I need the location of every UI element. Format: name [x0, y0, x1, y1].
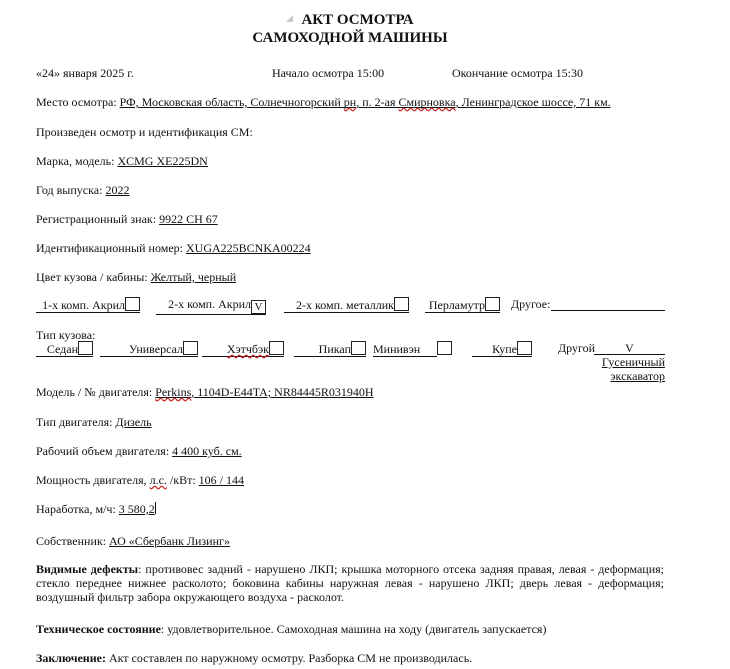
displacement-value[interactable]: 4 400 куб. см. [172, 444, 242, 458]
inspection-date: «24» января 2025 г. [36, 66, 134, 80]
reg-plate-label: Регистрационный знак: [36, 212, 159, 226]
body-type-wagon[interactable]: Универсал [100, 341, 198, 357]
checkbox[interactable] [183, 341, 198, 355]
body-type-sedan[interactable]: Седан [36, 341, 93, 357]
brand-line: Марка, модель: XCMG XE225DN [36, 154, 208, 168]
body-type-other-mark[interactable]: V [594, 341, 665, 355]
paint-option-label: 2-х комп. Акрил [168, 297, 251, 311]
spellcheck-mark: Смирновка [398, 95, 455, 109]
paint-option-2k-metallic[interactable]: 2-х комп. металлик [284, 297, 409, 313]
body-type-other-value-2[interactable]: экскаватор [610, 369, 665, 383]
body-type-option-label: Минивэн [373, 342, 437, 357]
paint-option-label: 2-х комп. металлик [296, 298, 394, 312]
vin-label: Идентификационный номер: [36, 241, 186, 255]
owner-label: Собственник: [36, 534, 109, 548]
location-label: Место осмотра: [36, 95, 120, 109]
engine-type-label: Тип двигателя: [36, 415, 115, 429]
paint-other-label: Другое: [511, 297, 550, 311]
checkbox[interactable] [485, 297, 500, 311]
year-value[interactable]: 2022 [105, 183, 129, 197]
vin-value[interactable]: XUGA225BCNKA00224 [186, 241, 311, 255]
body-type-option-label: Хэтчбэк [227, 342, 269, 356]
paint-other-field[interactable] [551, 297, 665, 311]
conclusion-text: Акт составлен по наружному осмотру. Разб… [106, 651, 472, 665]
paint-option-1k-acrylic[interactable]: 1-х комп. Акрил [36, 297, 140, 313]
paint-option-2k-acrylic[interactable]: 2-х комп. АкрилV [156, 297, 266, 315]
checkbox[interactable] [517, 341, 532, 355]
body-type-minivan[interactable]: Минивэн [373, 341, 452, 357]
defects-label: Видимые дефекты [36, 562, 138, 576]
defects-paragraph: Видимые дефекты: противовес задний - нар… [36, 562, 664, 604]
paint-option-pearl[interactable]: Перламутр [425, 297, 500, 313]
title-text-1: АКТ ОСМОТРА [301, 12, 413, 28]
tech-state-text: : удовлетворительное. Самоходная машина … [161, 622, 547, 636]
owner-line: Собственник: АО «Сбербанк Лизинг» [36, 534, 230, 548]
tech-state-label: Техническое состояние [36, 622, 161, 636]
power-label: Мощность двигателя, [36, 473, 150, 487]
owner-value[interactable]: АО «Сбербанк Лизинг» [109, 534, 230, 548]
body-type-hatchback[interactable]: Хэтчбэк [202, 341, 284, 357]
table-anchor-icon[interactable] [286, 15, 293, 22]
vin-line: Идентификационный номер: XUGA225BCNKA002… [36, 241, 311, 255]
hours-line: Наработка, м/ч: 3 580,2 [36, 502, 156, 516]
conclusion-line: Заключение: Акт составлен по наружному о… [36, 651, 472, 665]
document-title-line2: САМОХОДНОЙ МАШИНЫ [0, 30, 700, 47]
power-value[interactable]: 106 / 144 [199, 473, 244, 487]
checkbox[interactable] [78, 341, 93, 355]
spellcheck-mark: л.с. [150, 473, 167, 487]
year-label: Год выпуска: [36, 183, 105, 197]
text-cursor [155, 502, 156, 514]
reg-plate-value[interactable]: 9922 СН 67 [159, 212, 218, 226]
body-type-other-label: Другой [558, 341, 595, 355]
engine-model-label: Модель / № двигателя: [36, 385, 155, 399]
body-type-other-value-1[interactable]: Гусеничный [602, 355, 665, 369]
power-line: Мощность двигателя, л.с. /кВт: 106 / 144 [36, 473, 244, 487]
spellcheck-mark: рн [344, 95, 356, 109]
body-type-label: Тип кузова: [36, 328, 95, 342]
displacement-line: Рабочий объем двигателя: 4 400 куб. см. [36, 444, 242, 458]
year-line: Год выпуска: 2022 [36, 183, 129, 197]
power-label-unit: /кВт: [167, 473, 199, 487]
hours-value[interactable]: 3 580,2 [119, 502, 155, 516]
paint-option-label: 1-х комп. Акрил [42, 298, 125, 312]
checkbox[interactable] [437, 341, 452, 355]
body-type-option-label: Купе [492, 342, 517, 356]
body-type-option-label: Универсал [129, 342, 183, 356]
checkbox[interactable] [125, 297, 140, 311]
checkbox[interactable] [269, 341, 284, 355]
checkbox[interactable]: V [251, 300, 266, 314]
color-line: Цвет кузова / кабины: Желтый, черный [36, 270, 236, 284]
inspection-end: Окончание осмотра 15:30 [452, 66, 583, 80]
inspection-start: Начало осмотра 15:00 [272, 66, 384, 80]
tech-state-line: Техническое состояние: удовлетворительно… [36, 622, 546, 636]
location-line: Место осмотра: РФ, Московская область, С… [36, 95, 611, 109]
brand-value[interactable]: XCMG XE225DN [117, 154, 207, 168]
engine-type-value[interactable]: Дизель [115, 415, 151, 429]
body-type-coupe[interactable]: Купе [472, 341, 532, 357]
engine-model-line: Модель / № двигателя: Perkins, 1104D-E44… [36, 385, 374, 399]
engine-model-value[interactable]: Perkins, 1104D-E44TA; NR84445R031940H [155, 385, 373, 399]
color-value[interactable]: Желтый, черный [151, 270, 236, 284]
reg-plate-line: Регистрационный знак: 9922 СН 67 [36, 212, 218, 226]
checkbox[interactable] [394, 297, 409, 311]
body-type-option-label: Седан [47, 342, 78, 356]
hours-label: Наработка, м/ч: [36, 502, 119, 516]
document-page: АКТ ОСМОТРА САМОХОДНОЙ МАШИНЫ «24» январ… [0, 0, 730, 669]
brand-label: Марка, модель: [36, 154, 117, 168]
checkbox[interactable] [351, 341, 366, 355]
location-value[interactable]: РФ, Московская область, Солнечногорский … [120, 95, 611, 109]
paint-option-label: Перламутр [429, 298, 485, 312]
identification-heading: Произведен осмотр и идентификация СМ: [36, 125, 253, 139]
body-type-option-label: Пикап [319, 342, 351, 356]
conclusion-label: Заключение: [36, 651, 106, 665]
displacement-label: Рабочий объем двигателя: [36, 444, 172, 458]
engine-type-line: Тип двигателя: Дизель [36, 415, 152, 429]
body-type-pickup[interactable]: Пикап [294, 341, 366, 357]
spellcheck-mark: Perkins [155, 385, 191, 399]
color-label: Цвет кузова / кабины: [36, 270, 151, 284]
document-title-line1: АКТ ОСМОТРА [0, 12, 700, 29]
